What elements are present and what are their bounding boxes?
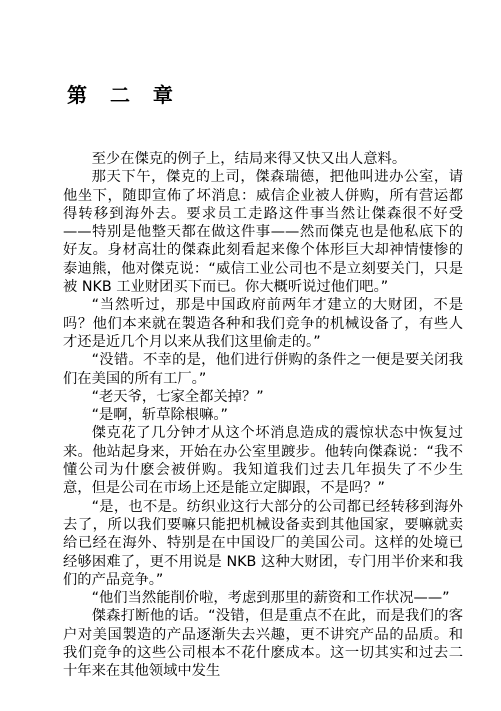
body-paragraphs: 至少在傑克的例子上，结局来得又快又出人意料。那天下午，傑克的上司，傑森瑞德，把他… <box>63 150 463 681</box>
paragraph: “是，也不是。纺织业这行大部分的公司都已经转移到海外去了，所以我们要嘛只能把机械… <box>63 498 463 589</box>
chapter-title: 第 二 章 <box>67 84 463 106</box>
paragraph: “当然听过，那是中国政府前两年才建立的大财团，不是吗？他们本来就在製造各种和我们… <box>63 296 463 351</box>
book-page: 第 二 章 至少在傑克的例子上，结局来得又快又出人意料。那天下午，傑克的上司，傑… <box>0 0 501 711</box>
paragraph: 至少在傑克的例子上，结局来得又快又出人意料。 <box>63 150 463 168</box>
paragraph: “没错。不幸的是，他们进行併购的条件之一便是要关闭我们在美国的所有工厂。” <box>63 351 463 388</box>
paragraph: 傑克花了几分钟才从这个坏消息造成的震惊状态中恢复过来。他站起身来，开始在办公室里… <box>63 424 463 497</box>
paragraph: 傑森打断他的话。“没错，但是重点不在此，而是我们的客户对美国製造的产品逐渐失去兴… <box>63 607 463 680</box>
paragraph: “他们当然能削价啦，考虑到那里的薪资和工作状况——” <box>63 589 463 607</box>
paragraph: 那天下午，傑克的上司，傑森瑞德，把他叫进办公室，请他坐下，随即宣佈了坏消息：威信… <box>63 168 463 296</box>
paragraph: “是啊，斩草除根嘛。” <box>63 406 463 424</box>
paragraph: “老天爷，七家全都关掉？” <box>63 388 463 406</box>
